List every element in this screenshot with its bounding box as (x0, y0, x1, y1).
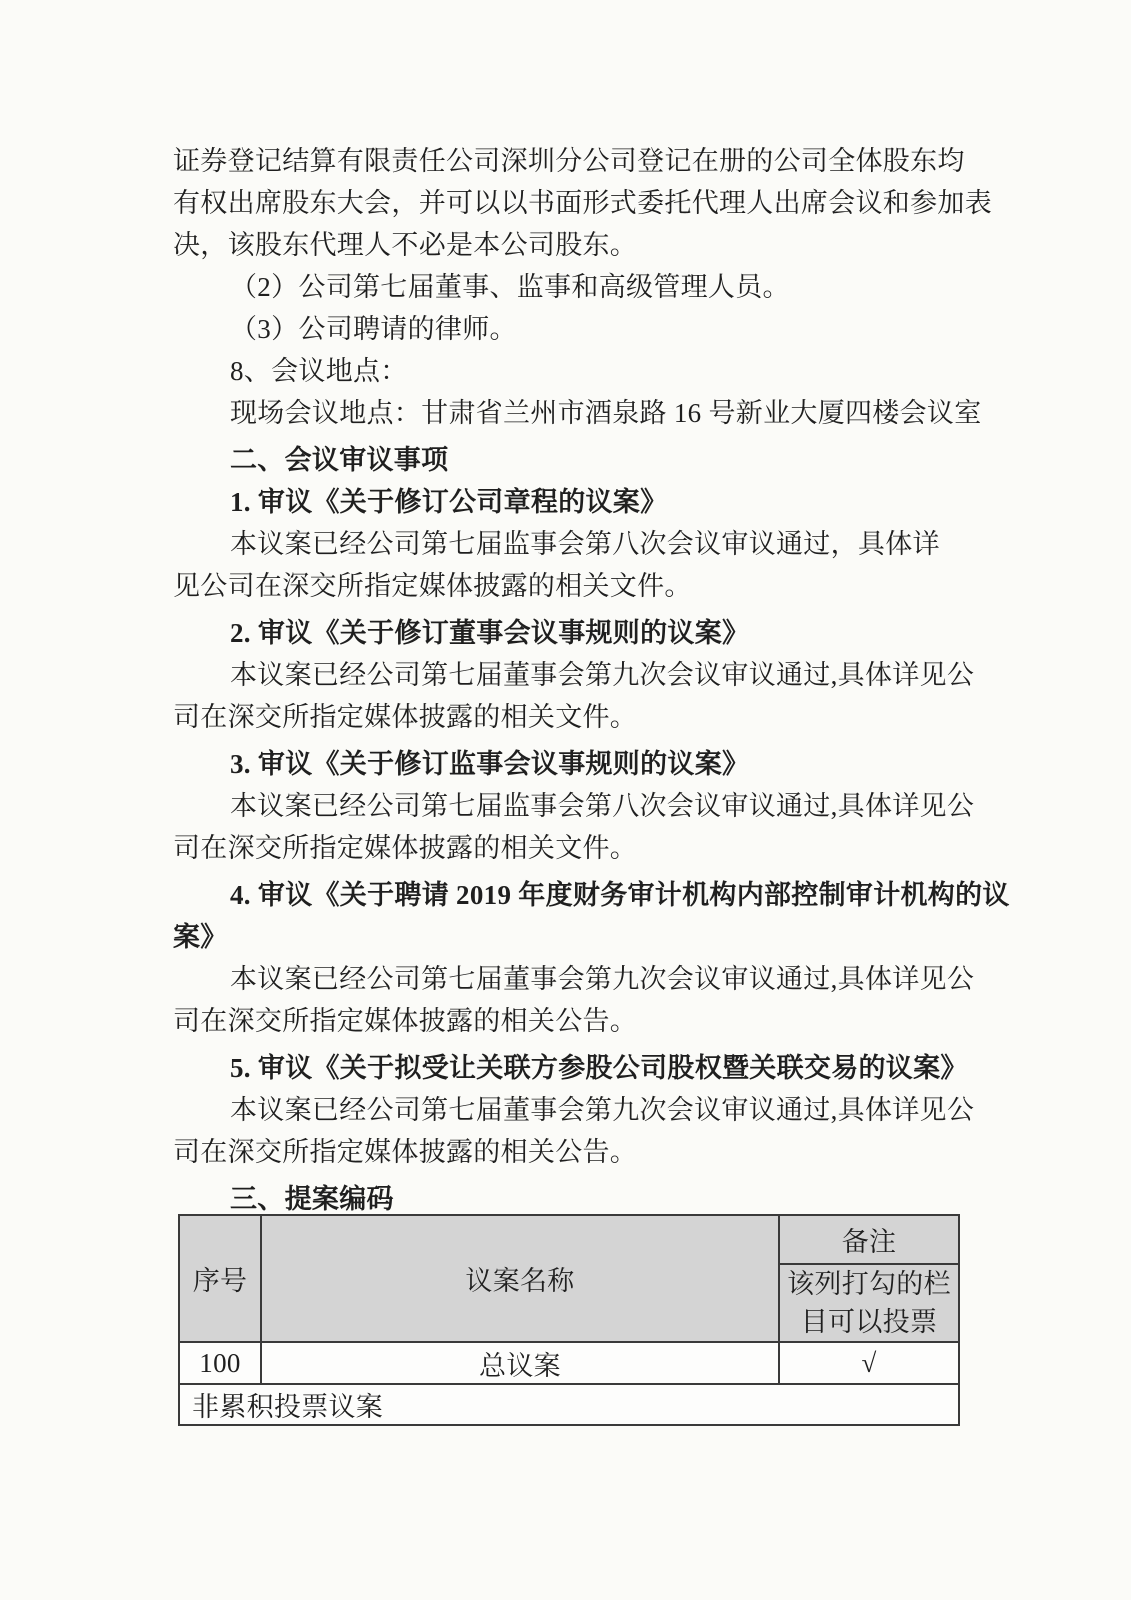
proposal-5-body-line-2: 司在深交所指定媒体披露的相关公告。 (173, 1131, 983, 1173)
attendee-item-3: （3）公司聘请的律师。 (173, 308, 983, 350)
table-footer-note: 非累积投票议案 (179, 1384, 959, 1425)
document-body: 证券登记结算有限责任公司深圳分公司登记在册的公司全体股东均 有权出席股东大会，并… (173, 140, 983, 1426)
intro-line-1: 证券登记结算有限责任公司深圳分公司登记在册的公司全体股东均 (173, 140, 983, 182)
table-header-name: 议案名称 (261, 1215, 779, 1342)
table-header-remark-note: 该列打勾的栏目可以投票 (779, 1264, 959, 1342)
proposal-3-body-line-1: 本议案已经公司第七届监事会第八次会议审议通过,具体详见公 (173, 785, 983, 827)
proposal-3-title: 3. 审议《关于修订监事会议事规则的议案》 (173, 743, 983, 785)
table-header-remark: 备注 (779, 1215, 959, 1264)
table-header-row-1: 序号 议案名称 备注 (179, 1215, 959, 1264)
table-row: 100 总议案 √ (179, 1342, 959, 1384)
table-footer-row: 非累积投票议案 (179, 1384, 959, 1425)
proposal-4-body-line-1: 本议案已经公司第七届董事会第九次会议审议通过,具体详见公 (173, 958, 983, 1000)
proposal-3-body-line-2: 司在深交所指定媒体披露的相关文件。 (173, 827, 983, 869)
proposal-code-cell: 100 (179, 1342, 261, 1384)
meeting-location-heading: 8、会议地点： (173, 350, 983, 392)
proposal-name-cell: 总议案 (261, 1342, 779, 1384)
attendee-item-2: （2）公司第七届董事、监事和高级管理人员。 (173, 266, 983, 308)
proposal-1-body-line-1: 本议案已经公司第七届监事会第八次会议审议通过，具体详 (173, 523, 983, 565)
meeting-location-detail: 现场会议地点：甘肃省兰州市酒泉路 16 号新业大厦四楼会议室 (173, 392, 983, 434)
document-page: 证券登记结算有限责任公司深圳分公司登记在册的公司全体股东均 有权出席股东大会，并… (0, 0, 1131, 1600)
proposal-5-title: 5. 审议《关于拟受让关联方参股公司股权暨关联交易的议案》 (173, 1047, 983, 1089)
proposal-5-body-line-1: 本议案已经公司第七届董事会第九次会议审议通过,具体详见公 (173, 1089, 983, 1131)
section-2-heading: 二、会议审议事项 (173, 439, 983, 481)
proposal-4-title-line-2: 案》 (173, 916, 983, 958)
proposal-4-title-line-1: 4. 审议《关于聘请 2019 年度财务审计机构内部控制审计机构的议 (173, 874, 983, 916)
intro-line-3: 决，该股东代理人不必是本公司股东。 (173, 224, 983, 266)
proposal-check-cell: √ (779, 1342, 959, 1384)
proposal-4-body-line-2: 司在深交所指定媒体披露的相关公告。 (173, 1000, 983, 1042)
table-header-seq: 序号 (179, 1215, 261, 1342)
proposal-code-table: 序号 议案名称 备注 该列打勾的栏目可以投票 100 总议案 √ 非累积投票议案 (178, 1214, 960, 1426)
proposal-2-body-line-2: 司在深交所指定媒体披露的相关文件。 (173, 696, 983, 738)
proposal-2-body-line-1: 本议案已经公司第七届董事会第九次会议审议通过,具体详见公 (173, 654, 983, 696)
proposal-1-body-line-2: 见公司在深交所指定媒体披露的相关文件。 (173, 565, 983, 607)
proposal-1-title: 1. 审议《关于修订公司章程的议案》 (173, 481, 983, 523)
intro-line-2: 有权出席股东大会，并可以以书面形式委托代理人出席会议和参加表 (173, 182, 983, 224)
proposal-2-title: 2. 审议《关于修订董事会议事规则的议案》 (173, 612, 983, 654)
